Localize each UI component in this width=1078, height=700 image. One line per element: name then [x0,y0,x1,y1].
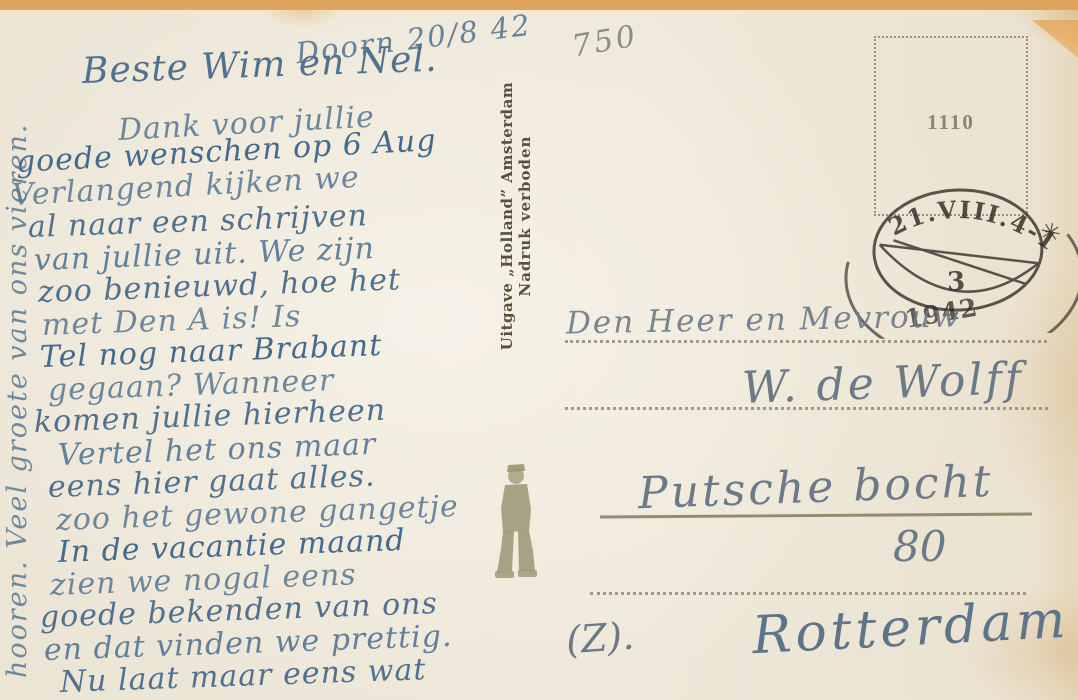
pencil-number: 750 [569,19,640,65]
dutch-boy-logo-icon [492,459,540,587]
address-zone: (Z). [565,614,636,663]
address-name: W. de Wolff [741,353,1025,414]
margin-note: hooren. Veel groete van ons vieren. [2,58,33,678]
message-text: Beste Wim en Nel. Dank voor jullie goede… [10,56,540,700]
address-salutation: Den Heer en Mevrouw [566,299,962,342]
greeting-line: Beste Wim en Nel. [81,40,540,88]
postcard-back: Doorn 20/8 42 750 Beste Wim en Nel. Dank… [0,10,1078,700]
torn-corner [1032,20,1078,58]
stamp-control-number: 1110 [876,110,1026,135]
copyright-note: Nadruk verboden [516,70,534,362]
address-street: Putsche bocht [637,456,994,519]
address-dotted-line [565,340,1047,343]
postmark-index: 3 [947,267,966,298]
publisher-name: Uitgave „Holland” Amsterdam [498,70,516,362]
address-dotted-line [565,407,1048,410]
address-city: Rotterdam [751,590,1071,667]
publisher-imprint: Uitgave „Holland” Amsterdam Nadruk verbo… [498,70,534,362]
address-house-number: 80 [893,522,946,571]
